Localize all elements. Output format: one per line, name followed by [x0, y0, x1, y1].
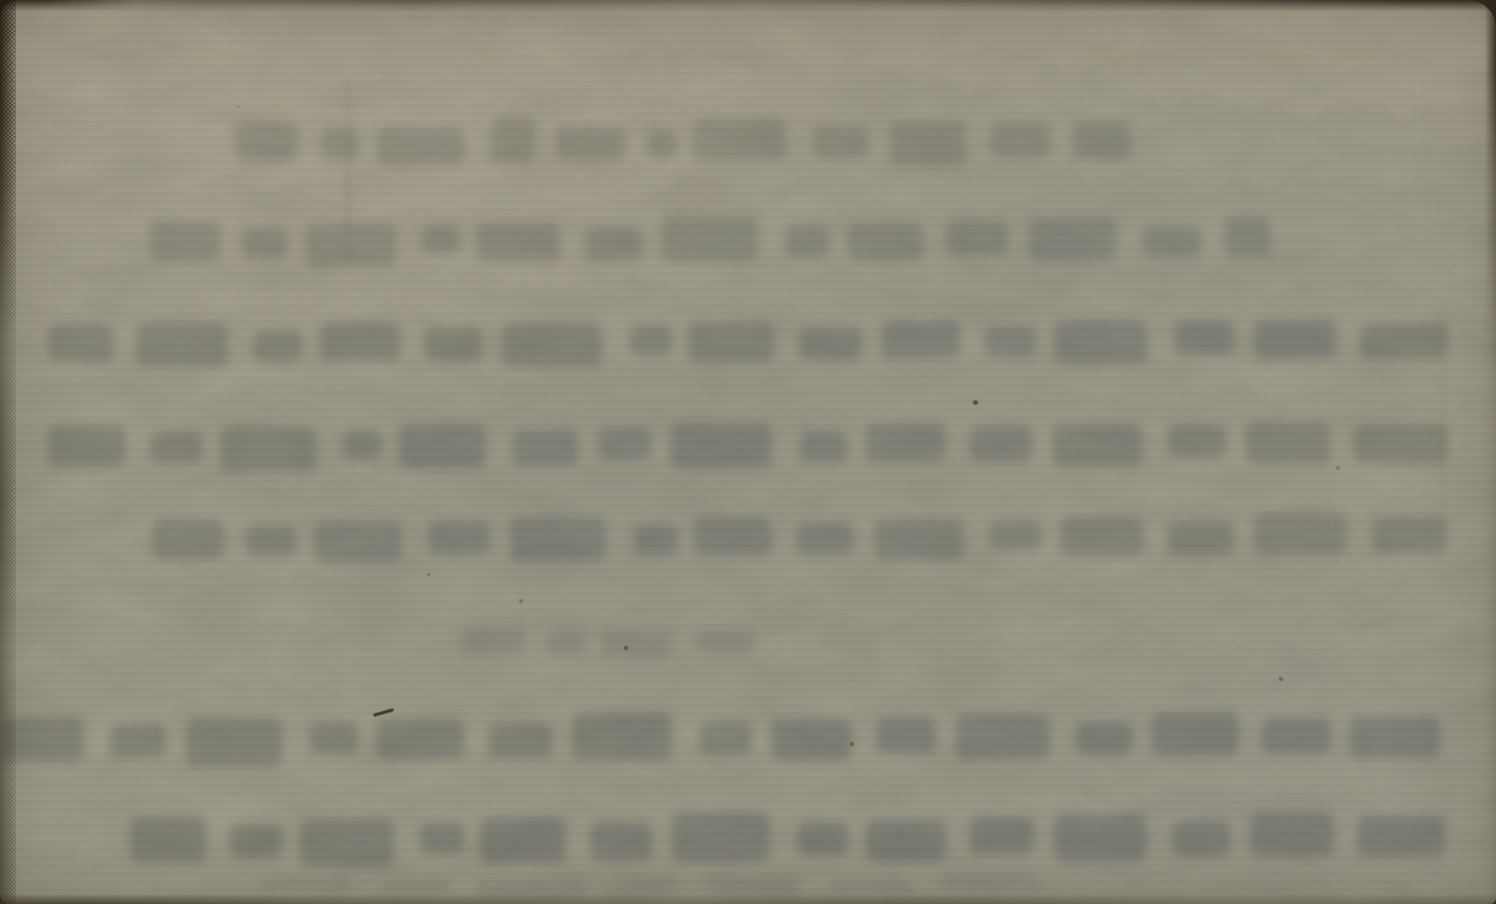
paper-surface: [0, 0, 1496, 904]
scanned-page: [0, 0, 1496, 904]
